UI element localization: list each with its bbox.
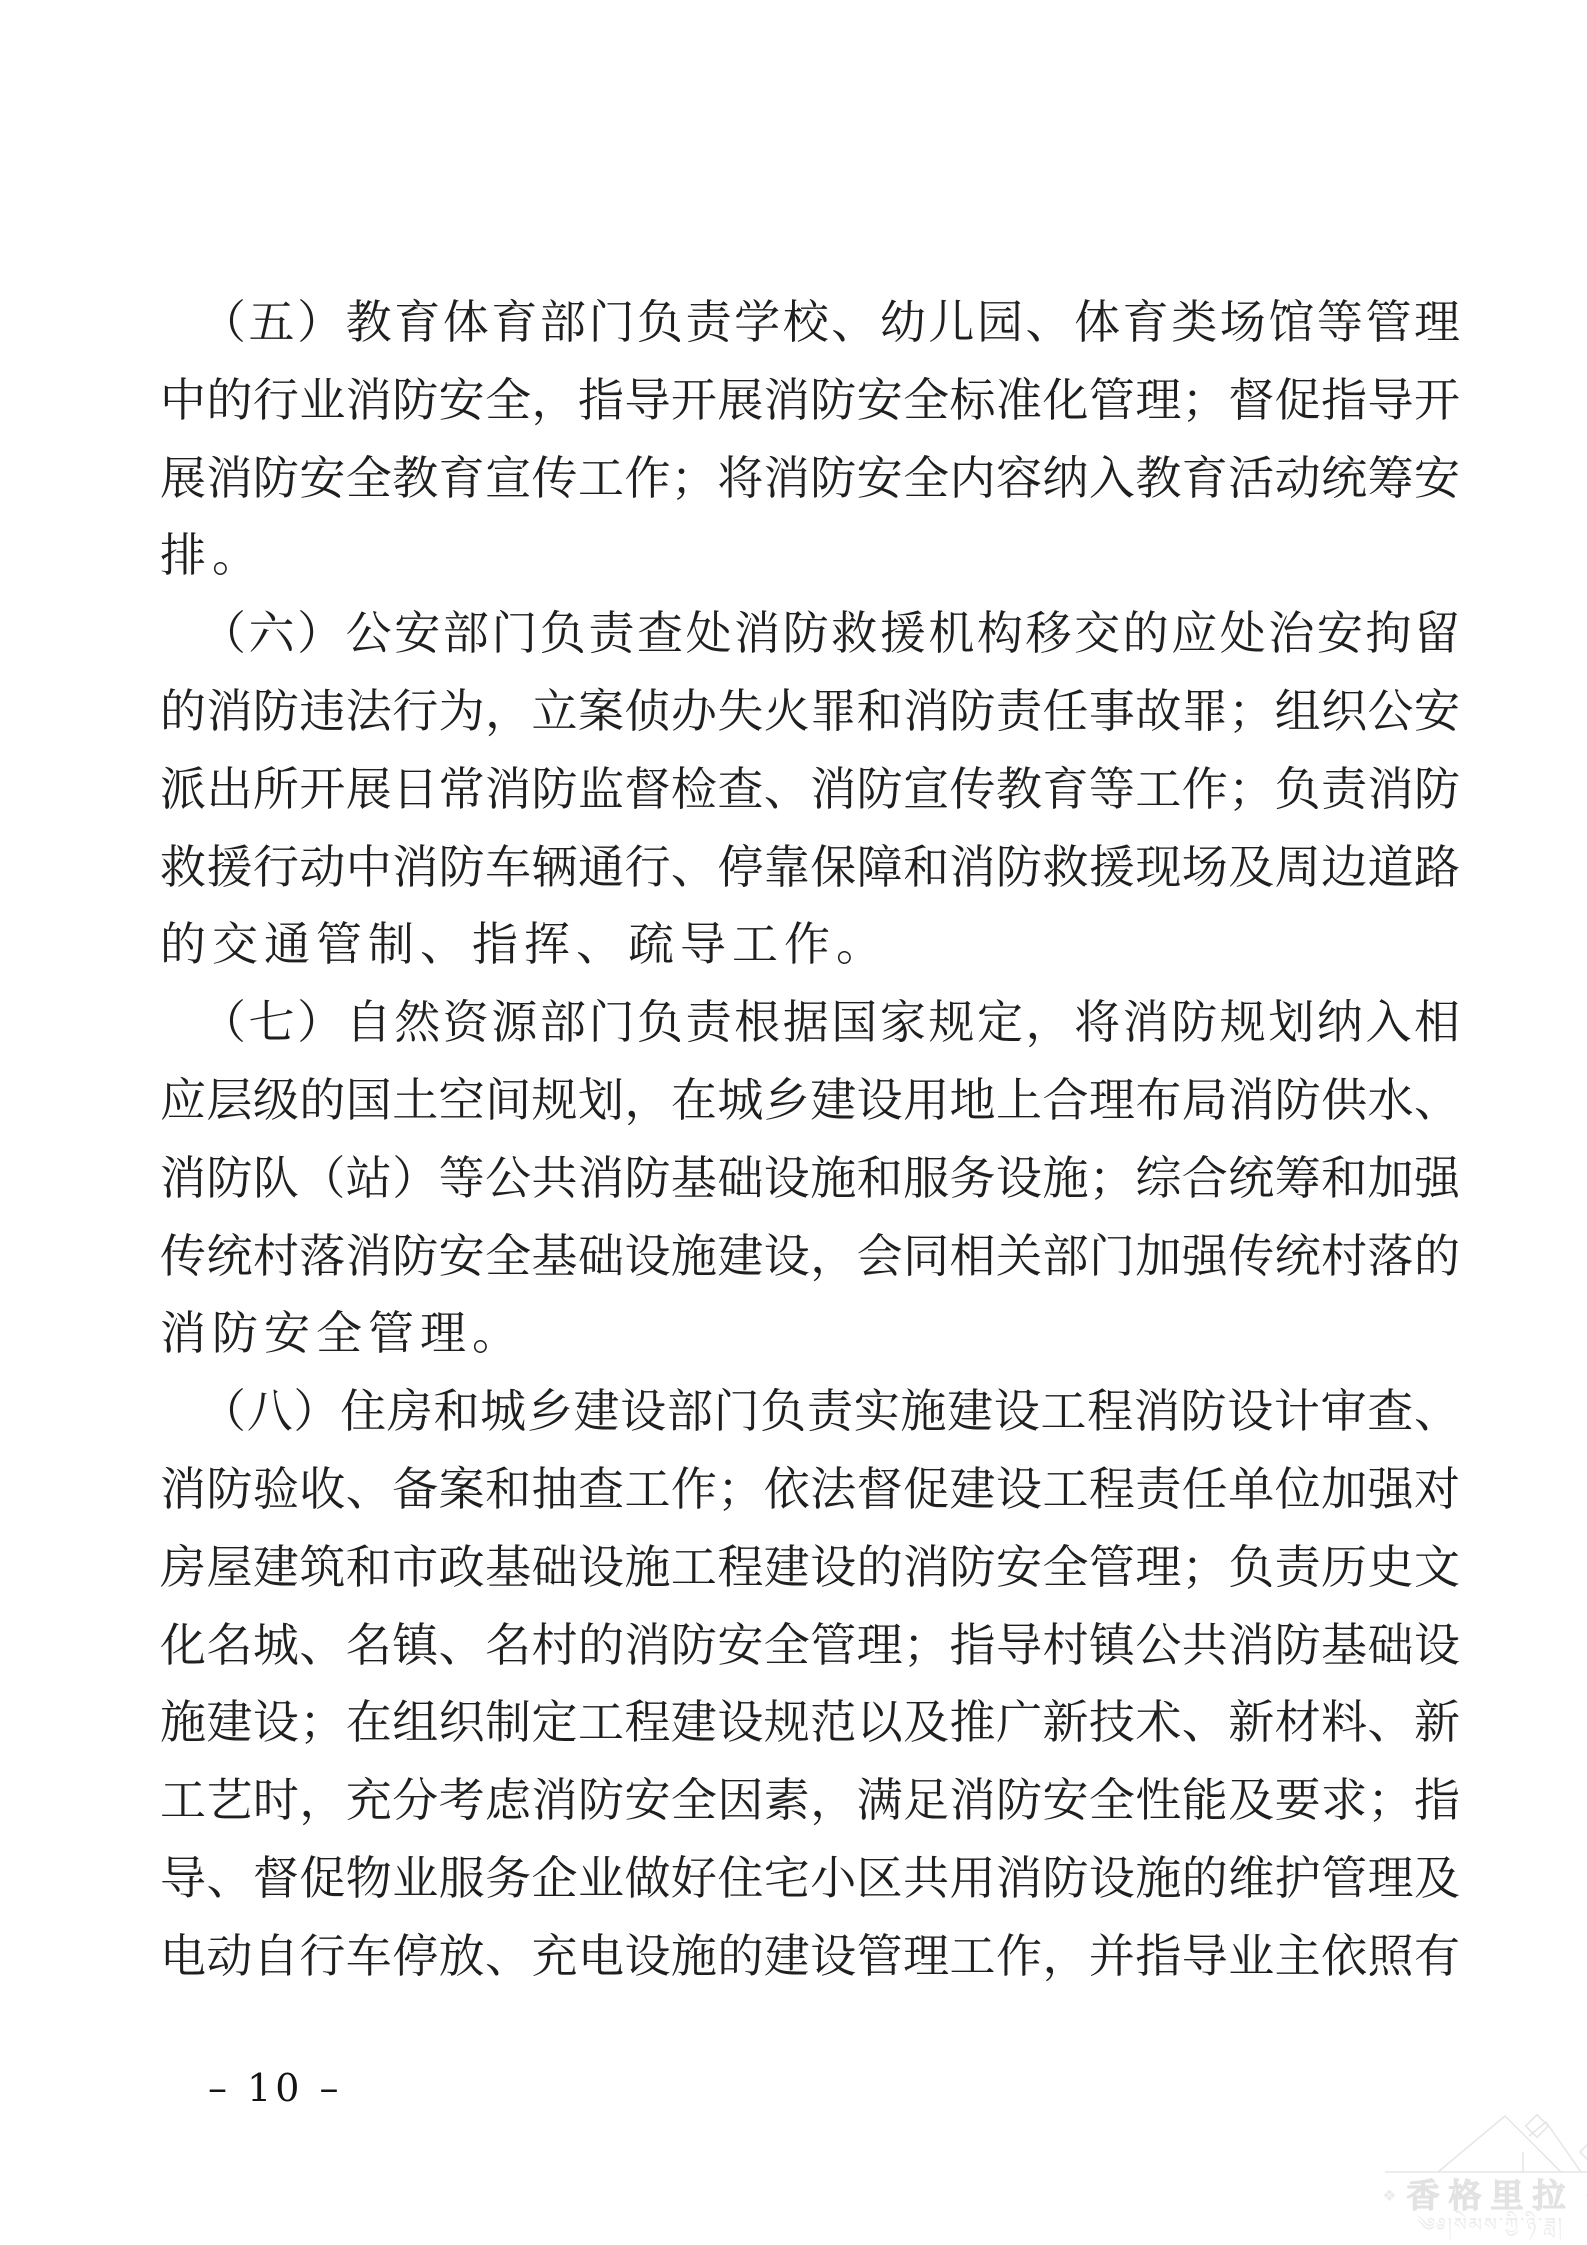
- watermark-logo: ❖ 香格里拉 ❖ ༄༅།སེམས་ཀྱི་ཉི་ཟླ།: [1383, 2112, 1587, 2236]
- text-line: 施建设；在组织制定工程建设规范以及推广新技术、新材料、新: [160, 1684, 1460, 1762]
- text-line: 救援行动中消防车辆通行、停靠保障和消防救援现场及周边道路: [160, 829, 1460, 907]
- document-page: （五）教育体育部门负责学校、幼儿园、体育类场馆等管理中的行业消防安全，指导开展消…: [0, 0, 1587, 2245]
- text-line: 展消防安全教育宣传工作；将消防安全内容纳入教育活动统筹安: [160, 440, 1460, 518]
- text-line: 消防队（站）等公共消防基础设施和服务设施；综合统筹和加强: [160, 1140, 1460, 1218]
- text-line: 化名城、名镇、名村的消防安全管理；指导村镇公共消防基础设: [160, 1607, 1460, 1685]
- paragraph: （六）公安部门负责查处消防救援机构移交的应处治安拘留的消防违法行为，立案侦办失火…: [160, 595, 1460, 984]
- text-line: 消防安全管理。: [160, 1295, 1460, 1373]
- watermark-title: 香格里拉: [1407, 2178, 1575, 2214]
- text-line: （八）住房和城乡建设部门负责实施建设工程消防设计审查、: [160, 1373, 1460, 1451]
- text-line: 房屋建筑和市政基础设施工程建设的消防安全管理；负责历史文: [160, 1529, 1460, 1607]
- ornament-left-icon: ❖: [1382, 2188, 1396, 2204]
- watermark-subtitle: ༄༅།སེམས་ཀྱི་ཉི་ཟླ།: [1383, 2215, 1587, 2236]
- paragraph: （八）住房和城乡建设部门负责实施建设工程消防设计审查、消防验收、备案和抽查工作；…: [160, 1373, 1460, 1995]
- paragraph: （七）自然资源部门负责根据国家规定，将消防规划纳入相应层级的国土空间规划，在城乡…: [160, 984, 1460, 1373]
- text-line: 传统村落消防安全基础设施建设，会同相关部门加强传统村落的: [160, 1218, 1460, 1296]
- text-line: 电动自行车停放、充电设施的建设管理工作，并指导业主依照有: [160, 1918, 1460, 1996]
- text-line: （六）公安部门负责查处消防救援机构移交的应处治安拘留: [160, 595, 1460, 673]
- paragraph: （五）教育体育部门负责学校、幼儿园、体育类场馆等管理中的行业消防安全，指导开展消…: [160, 284, 1460, 595]
- page-number: – 10 –: [208, 2066, 343, 2110]
- text-line: 的交通管制、指挥、疏导工作。: [160, 906, 1460, 984]
- text-line: 应层级的国土空间规划，在城乡建设用地上合理布局消防供水、: [160, 1062, 1460, 1140]
- text-line: 的消防违法行为，立案侦办失火罪和消防责任事故罪；组织公安: [160, 673, 1460, 751]
- text-line: 排。: [160, 517, 1460, 595]
- text-line: 消防验收、备案和抽查工作；依法督促建设工程责任单位加强对: [160, 1451, 1460, 1529]
- document-body: （五）教育体育部门负责学校、幼儿园、体育类场馆等管理中的行业消防安全，指导开展消…: [160, 284, 1460, 1996]
- text-line: 工艺时，充分考虑消防安全因素，满足消防安全性能及要求；指: [160, 1762, 1460, 1840]
- text-line: 派出所开展日常消防监督检查、消防宣传教育等工作；负责消防: [160, 751, 1460, 829]
- watermark-title-row: ❖ 香格里拉 ❖: [1383, 2178, 1587, 2214]
- text-line: （五）教育体育部门负责学校、幼儿园、体育类场馆等管理: [160, 284, 1460, 362]
- mountain-logo-icon: [1383, 2112, 1587, 2176]
- text-line: 导、督促物业服务企业做好住宅小区共用消防设施的维护管理及: [160, 1840, 1460, 1918]
- text-line: 中的行业消防安全，指导开展消防安全标准化管理；督促指导开: [160, 362, 1460, 440]
- text-line: （七）自然资源部门负责根据国家规定，将消防规划纳入相: [160, 984, 1460, 1062]
